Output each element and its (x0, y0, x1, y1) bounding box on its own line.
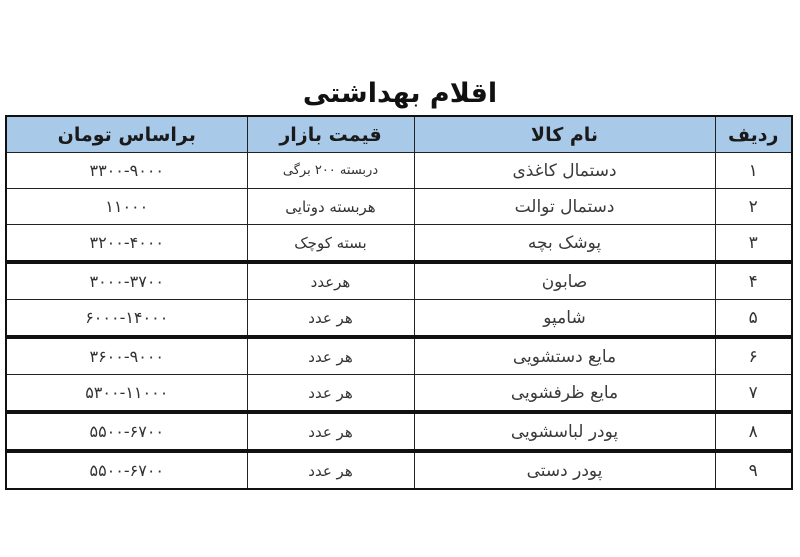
row-index: ۸ (715, 412, 792, 451)
table-row: ۳ پوشک بچه بسته کوچک ۳۲۰۰-۴۰۰۰ (6, 225, 792, 263)
table-row: ۹ پودر دستی هر عدد ۵۵۰۰-۶۷۰۰ (6, 451, 792, 489)
row-market: هر عدد (247, 451, 414, 489)
table-row: ۸ پودر لباسشویی هر عدد ۵۵۰۰-۶۷۰۰ (6, 412, 792, 451)
row-market: هرعدد (247, 262, 414, 300)
row-market: هربسته دوتایی (247, 189, 414, 225)
row-index: ۷ (715, 375, 792, 413)
table-row: ۵ شامپو هر عدد ۶۰۰۰-۱۴۰۰۰ (6, 300, 792, 338)
row-price: ۱۱۰۰۰ (6, 189, 247, 225)
row-index: ۶ (715, 337, 792, 375)
row-market: هر عدد (247, 337, 414, 375)
table-row: ۲ دستمال توالت هربسته دوتایی ۱۱۰۰۰ (6, 189, 792, 225)
row-market: دربسته ۲۰۰ برگی (247, 153, 414, 189)
row-market: هر عدد (247, 412, 414, 451)
row-price: ۵۵۰۰-۶۷۰۰ (6, 412, 247, 451)
table-row: ۶ مایع دستشویی هر عدد ۳۶۰۰-۹۰۰۰ (6, 337, 792, 375)
header-price-toman: براساس تومان (6, 116, 247, 153)
row-item-name: دستمال کاغذی (414, 153, 715, 189)
row-item-name: مایع ظرفشویی (414, 375, 715, 413)
header-market-price: قیمت بازار (247, 116, 414, 153)
table-header-row: ردیف نام کالا قیمت بازار براساس تومان (6, 116, 792, 153)
row-item-name: دستمال توالت (414, 189, 715, 225)
row-item-name: مایع دستشویی (414, 337, 715, 375)
table-row: ۴ صابون هرعدد ۳۰۰۰-۳۷۰۰ (6, 262, 792, 300)
row-item-name: پودر لباسشویی (414, 412, 715, 451)
row-item-name: پوشک بچه (414, 225, 715, 263)
row-price: ۶۰۰۰-۱۴۰۰۰ (6, 300, 247, 338)
row-index: ۴ (715, 262, 792, 300)
row-price: ۳۳۰۰-۹۰۰۰ (6, 153, 247, 189)
row-item-name: صابون (414, 262, 715, 300)
row-item-name: شامپو (414, 300, 715, 338)
row-price: ۳۰۰۰-۳۷۰۰ (6, 262, 247, 300)
row-market: هر عدد (247, 300, 414, 338)
row-price: ۵۵۰۰-۶۷۰۰ (6, 451, 247, 489)
row-index: ۹ (715, 451, 792, 489)
hygiene-items-table: ردیف نام کالا قیمت بازار براساس تومان ۱ … (5, 115, 793, 490)
row-item-name: پودر دستی (414, 451, 715, 489)
row-index: ۵ (715, 300, 792, 338)
row-index: ۳ (715, 225, 792, 263)
row-price: ۳۶۰۰-۹۰۰۰ (6, 337, 247, 375)
row-price: ۵۳۰۰-۱۱۰۰۰ (6, 375, 247, 413)
row-index: ۱ (715, 153, 792, 189)
row-market: بسته کوچک (247, 225, 414, 263)
row-market: هر عدد (247, 375, 414, 413)
header-index: ردیف (715, 116, 792, 153)
row-price: ۳۲۰۰-۴۰۰۰ (6, 225, 247, 263)
row-index: ۲ (715, 189, 792, 225)
header-item-name: نام کالا (414, 116, 715, 153)
table-row: ۷ مایع ظرفشویی هر عدد ۵۳۰۰-۱۱۰۰۰ (6, 375, 792, 413)
table-row: ۱ دستمال کاغذی دربسته ۲۰۰ برگی ۳۳۰۰-۹۰۰۰ (6, 153, 792, 189)
page-title: اقلام بهداشتی (0, 74, 800, 114)
